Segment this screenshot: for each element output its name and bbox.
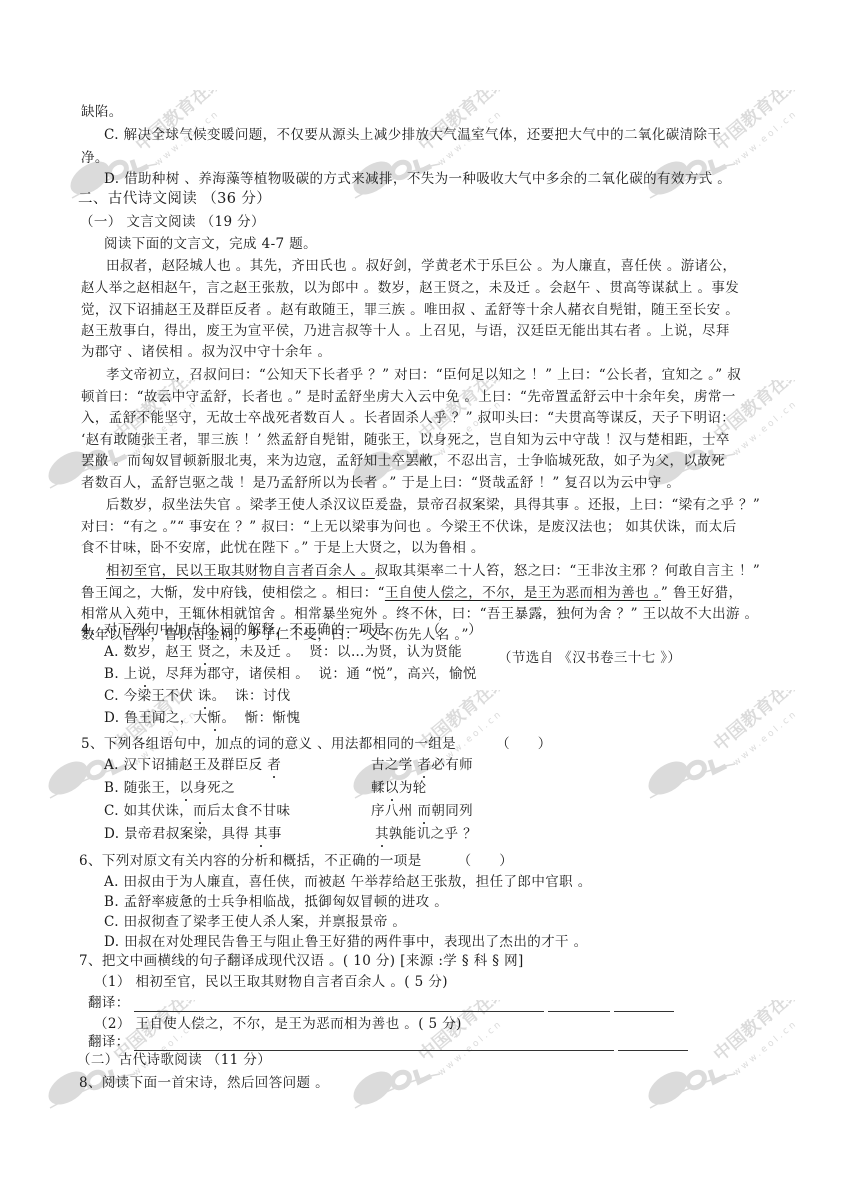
underlined-sentence-2: 王自使人偿之，不尔，是王为恶而相为善也 。 [385, 585, 661, 601]
text-line: 缺陷。 [81, 104, 123, 121]
passage-line: 对曰：“有之 。”“ 事安在 ？” 叔曰：“上无以梁事为问也 。今梁王不伏诛，是… [81, 519, 737, 536]
document-page: 中国教育在线 www.eol.cn 缺陷。 C. 解决全球气候变暖问题，不仅要从… [0, 0, 850, 1202]
q4-option-c: C. 今梁王不伏 诛。 诛：讨伐 [104, 688, 291, 705]
question-4-stem: 4、对下列句中加点的 词的解释，不正确的一项是（ ） [81, 622, 482, 639]
answer-field-2[interactable] [134, 1038, 614, 1051]
q4-option-b: B. 上说，尽拜为郡守，诸侯相 。 说：通 “悦”，高兴，愉悦 [104, 666, 477, 683]
passage-line: 孝文帝初立，召叔问曰：“公知天下长者乎 ？” 对曰：“臣何足以知之 ！” 上曰：… [106, 367, 741, 384]
answer-field-1c[interactable] [614, 999, 674, 1012]
watermark-icon [640, 1000, 840, 1120]
passage-line: 顿首曰：“故云中守孟舒，长者也 。” 是时孟舒坐虏大入云中免 。上曰：“先帝置孟… [81, 389, 736, 406]
option-d-line: D. 借助种树 、养海藻等植物吸碳的方式来减排，不失为一种吸收大气中多余的二氧化… [104, 171, 731, 188]
question-8-stem: 8、阅读下面一首宋诗，然后回答问题 。 [79, 1075, 329, 1092]
q4-option-a: A. 数岁，赵王 贤之，未及迁 。 贤：以…为贤，认为贤能 [104, 644, 462, 661]
passage-line: 鲁王闻之，大惭，发中府钱，使相偿之 。相曰：“王自使人偿之，不尔，是王为恶而相为… [81, 585, 742, 602]
q6-option-d: D. 田叔在对处理民告鲁王与阻止鲁王好猎的两件事中，表现出了杰出的才干 。 [104, 934, 588, 951]
watermark-icon [640, 90, 840, 210]
question-6-stem: 6、下列对原文有关内容的分析和概括，不正确的一项是（ ） [79, 853, 513, 870]
answer-field-1[interactable] [134, 999, 544, 1012]
question-5-stem: 5、下列各组语句中，加点的词的意义 、用法都相同的一组是（ ） [81, 736, 552, 753]
q5-option-c: C. 如其伏诛，而后太食不甘味 序八州 而朝同列 [104, 803, 754, 820]
q7-answer-1: 翻译： [88, 995, 674, 1012]
q7-answer-2: 翻译： [88, 1034, 688, 1051]
passage-line: 食不甘味，卧不安席，此忧在陛下 。” 于是上大贤之，以为鲁相 。 [81, 540, 485, 557]
q5-option-a: A. 汉下诏捕赵王及群臣反 者 古之学 者必有师 [104, 757, 754, 774]
passage-line: ‘赵有敢随张王者，罪三族 ！’ 然孟舒自髡钳，随张王，以身死之，岂自知为云中守哉… [81, 432, 730, 449]
answer-field-1b[interactable] [548, 999, 610, 1012]
watermark-icon [345, 90, 545, 210]
answer-field-2b[interactable] [618, 1038, 688, 1051]
passage-line: 入，孟舒不能坚守，无故士卒战死者数百人 。长者固杀人乎 ？” 叔叩头曰：“夫贯高… [81, 410, 735, 427]
option-c-line: C. 解决全球气候变暖问题，不仅要从源头上减少排放大气温室气体，还要把大气中的二… [104, 127, 721, 144]
passage-line: 赵王敖事白，得出，废王为宣平侯，乃进言叔等十人 。上召见，与语，汉廷臣无能出其右… [81, 323, 730, 340]
passage-line: 觉，汉下诏捕赵王及群臣反者 。赵有敢随王，罪三族 。唯田叔 、孟舒等十余人赭衣自… [81, 302, 739, 319]
q5-option-b: B. 随张王，以身死之 輮以为轮 [104, 780, 754, 797]
q6-option-b: B. 孟舒率疲惫的士兵争相临战，抵御匈奴冒顿的进攻 。 [104, 894, 448, 911]
q4-option-d: D. 鲁王闻之，大惭。 惭：惭愧 [104, 710, 300, 727]
passage-line: 罢敝 。而匈奴冒顿新服北夷，来为边寇，孟舒知士卒罢敝，不忍出言，士争临城死敌，如… [81, 453, 725, 470]
q5-option-d: D. 景帝君叔案梁，具得 其事 其孰能讥之乎 ？ [104, 826, 754, 843]
passage-line: 赵人举之赵相赵午，言之赵王张敖，以为郎中 。数岁，赵王贤之，未及迁 。会赵午 、… [81, 280, 739, 297]
section-title: 二、古代诗文阅读 （36 分） [78, 191, 271, 208]
q7-item-1: （1） 相初至官，民以王取其财物自言者百余人 。( 5 分) [94, 974, 448, 991]
q6-option-a: A. 田叔由于为人廉直，喜任侠，而被赵 午举荐给赵王张敖，担任了郎中官职 。 [104, 874, 592, 891]
passage-line: 相常从入苑中，王辄休相就馆舍 。相常暴坐宛外 。终不休，曰：“吾王暴露，独何为舍… [81, 606, 758, 623]
passage-line: 为郡守 、诸侯相 。叔为汉中守十余年 。 [81, 344, 331, 361]
passage-line: 后数岁，叔坐法失官 。梁孝王使人杀汉议臣爰盎，景帝召叔案梁，具得其事 。还报，上… [106, 497, 760, 514]
text-line: 净。 [81, 150, 109, 167]
passage-line: 相初至官，民以王取其财物自言者百余人 。叔取其渠率二十人笞，怒之曰：“王非汝主邪… [106, 563, 760, 580]
subsection-title: （一） 文言文阅读 （19 分） [80, 214, 265, 231]
q7-item-2: （2） 王自使人偿之，不尔，是王为恶而相为善也 。( 5 分) [94, 1016, 462, 1033]
question-7-stem: 7、把文中画横线的句子翻译成现代汉语 。( 10 分) [来源 :学 § 科 §… [79, 953, 524, 970]
source-citation: （节选自 《汉书卷三十七 》） [498, 650, 681, 667]
subsection-title-poetry: （二）古代诗歌阅读 （11 分） [77, 1052, 271, 1069]
q6-option-c: C. 田叔彻查了梁孝王使人杀人案，并禀报景帝 。 [104, 914, 406, 931]
underlined-sentence-1: 相初至官，民以王取其财物自言者百余人 。 [106, 563, 375, 579]
passage-line: 田叔者，赵陉城人也 。其先，齐田氏也 。叔好剑，学黄老术于乐巨公 。为人廉直，喜… [106, 258, 736, 275]
instruction: 阅读下面的文言文，完成 4-7 题。 [104, 236, 317, 253]
passage-line: 者数百人，孟舒岂驱之哉 ！是乃孟舒所以为长者 。” 于是上曰：“贤哉孟舒 ！” … [81, 475, 680, 492]
